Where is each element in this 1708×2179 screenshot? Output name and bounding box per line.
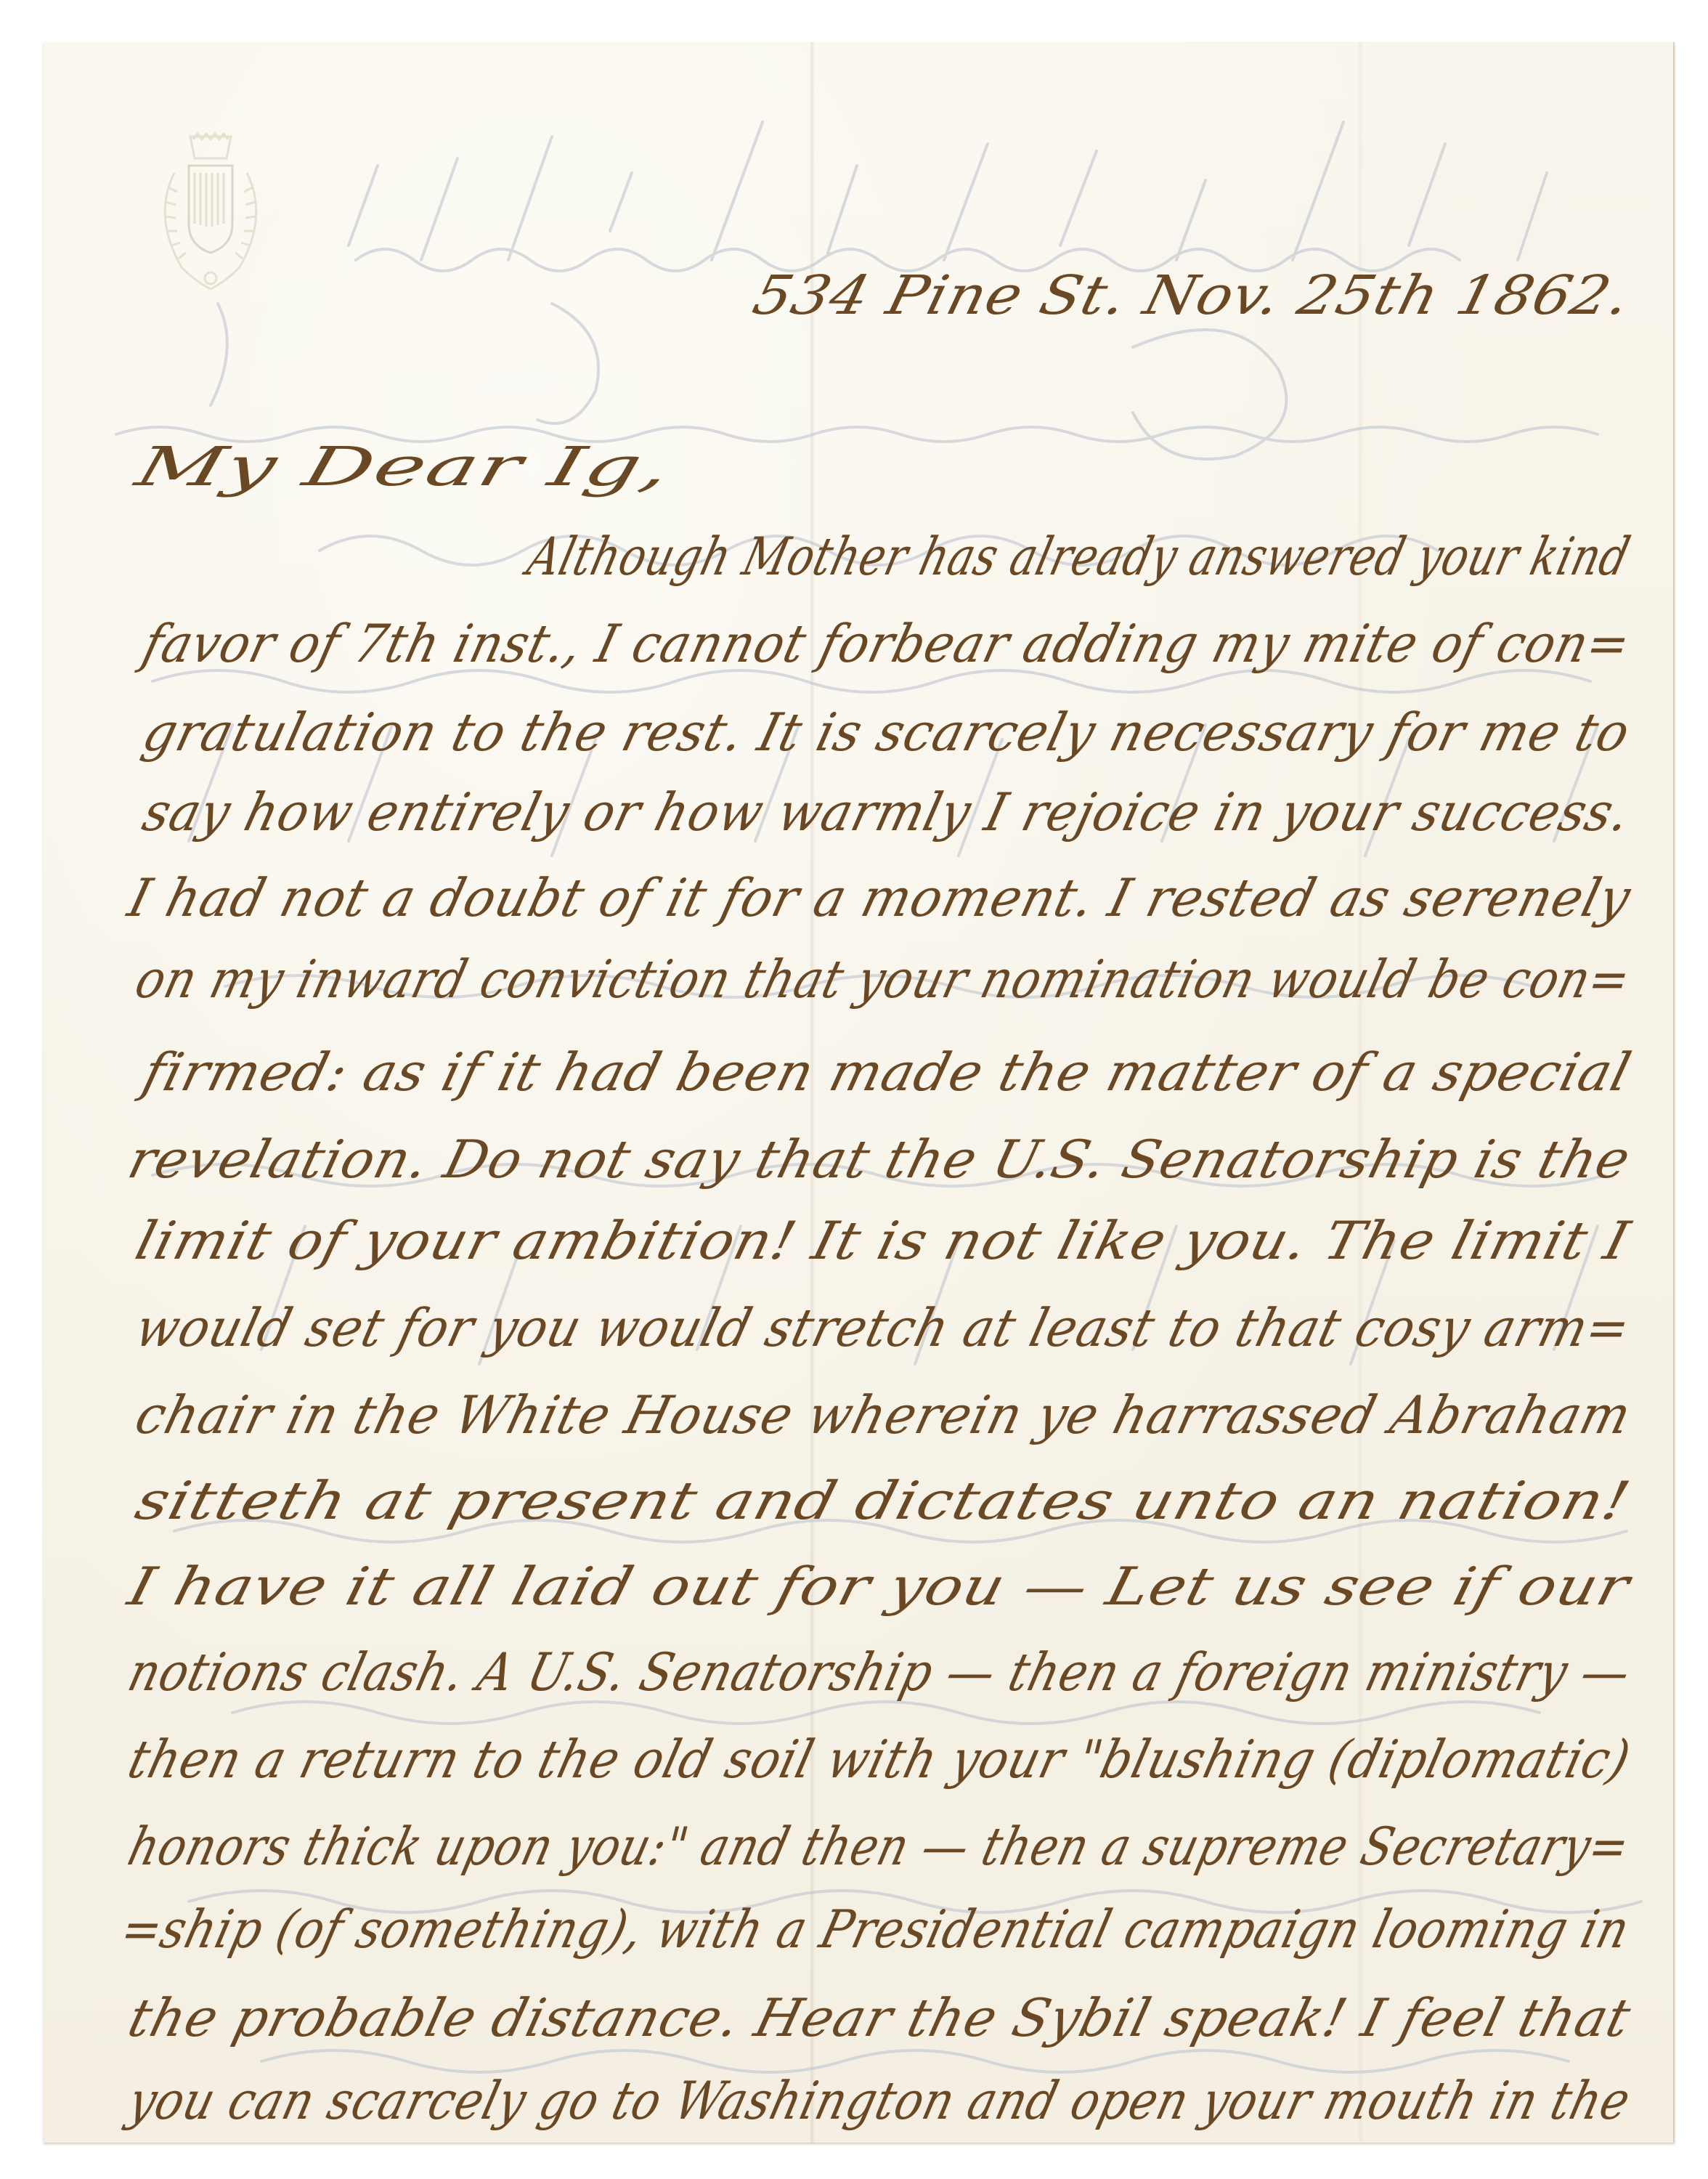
body-line-19: you can scarcely go to Washington and op… — [123, 2074, 1635, 2127]
body-line-8: revelation. Do not say that the U.S. Sen… — [123, 1133, 1635, 1185]
body-line-7: firmed: as if it had been made the matte… — [138, 1046, 1636, 1098]
body-line-14: notions clash. A U.S. Senatorship — then… — [123, 1646, 1636, 1698]
body-line-2: favor of 7th inst., I cannot forbear add… — [138, 617, 1636, 670]
body-line-10: would set for you would stretch at least… — [131, 1302, 1635, 1354]
body-line-5: I had not a doubt of it for a moment. I … — [123, 872, 1636, 924]
body-line-13: I have it all laid out for you — Let us … — [123, 1560, 1635, 1612]
letter-page: 534 Pine St. Nov. 25th 1862. My Dear Ig,… — [44, 42, 1675, 2143]
body-line-4: say how entirely or how warmly I rejoice… — [138, 786, 1635, 838]
body-line-17: =ship (of something), with a Presidentia… — [116, 1903, 1635, 1955]
body-line-11: chair in the White House wherein ye harr… — [131, 1389, 1636, 1441]
body-line-18: the probable distance. Hear the Sybil sp… — [123, 1992, 1636, 2044]
address-date-line: 534 Pine St. Nov. 25th 1862. — [748, 269, 1636, 322]
body-line-1: Although Mother has already answered you… — [523, 530, 1635, 583]
body-line-12: sitteth at present and dictates unto an … — [131, 1474, 1635, 1527]
body-line-16: honors thick upon you:" and then — then … — [123, 1820, 1635, 1872]
body-line-9: limit of your ambition! It is not like y… — [131, 1214, 1635, 1267]
salutation: My Dear Ig, — [131, 440, 677, 494]
body-line-6: on my inward conviction that your nomina… — [131, 953, 1636, 1005]
coat-of-arms-emboss-icon — [152, 129, 269, 296]
body-line-3: gratulation to the rest. It is scarcely … — [138, 706, 1635, 758]
body-line-15: then a return to the old soil with your … — [123, 1733, 1635, 1785]
